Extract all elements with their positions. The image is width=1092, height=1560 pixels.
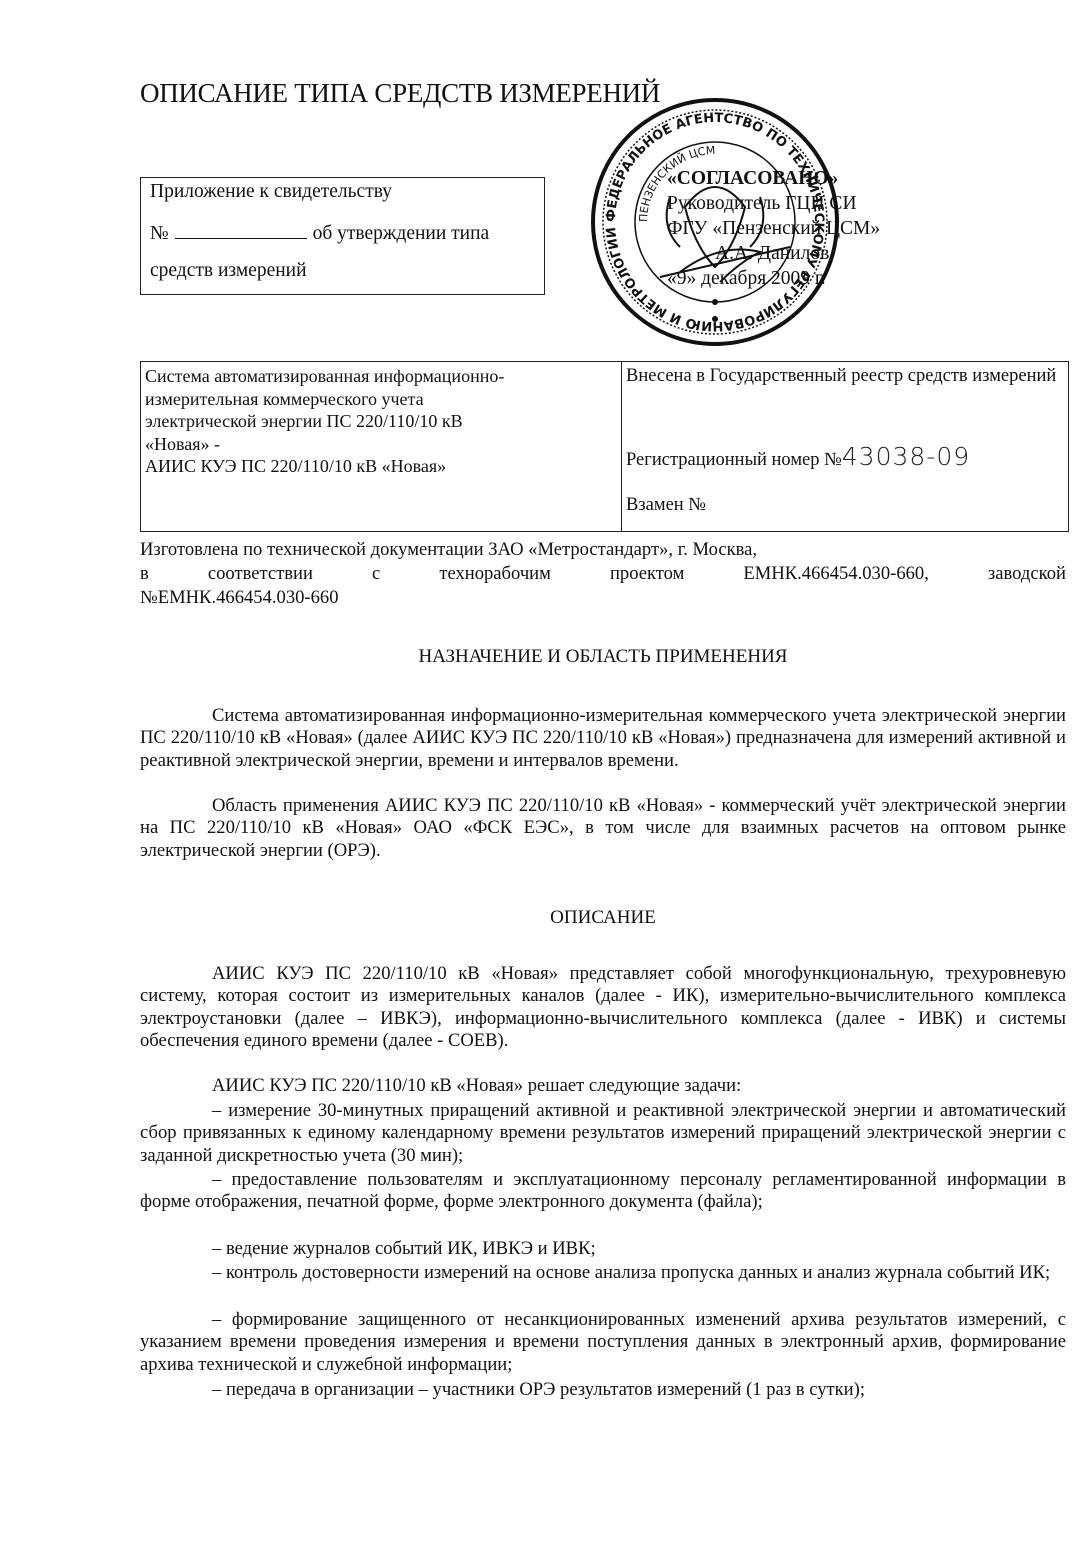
number-sign: № xyxy=(150,223,169,244)
manufacture-line-3: №ЕМНК.466454.030-660 xyxy=(140,587,1066,609)
approval-block: «СОГЛАСОВАНО» Руководитель ГЦИ СИ ФГУ «П… xyxy=(667,166,880,291)
system-name-cell: Система автоматизированная информационно… xyxy=(141,362,622,531)
approval-position: Руководитель ГЦИ СИ xyxy=(667,191,880,216)
approval-signatory: А.А. Данилов xyxy=(667,241,880,266)
approval-date: «9» декабря 2009 г. xyxy=(667,266,880,291)
registration-number-label: Регистрационный номер № xyxy=(626,450,842,470)
registry-statement: Внесена в Государственный реестр средств… xyxy=(626,365,1064,388)
appendix-line-1: Приложение к свидетельству xyxy=(150,181,392,203)
approval-organization: ФГУ «Пензенский ЦСМ» xyxy=(667,216,880,241)
registry-info-cell: Внесена в Государственный реестр средств… xyxy=(622,362,1068,537)
registry-table: Система автоматизированная информационно… xyxy=(140,361,1069,532)
system-name-line: электрической энергии ПС 220/110/10 кВ xyxy=(145,410,617,433)
purpose-paragraph-2: Область применения АИИС КУЭ ПС 220/110/1… xyxy=(140,795,1066,862)
system-name-line: Система автоматизированная информационно… xyxy=(145,365,617,388)
appendix-line-2: №об утверждении типа xyxy=(150,222,489,245)
description-paragraph-1: АИИС КУЭ ПС 220/110/10 кВ «Новая» предст… xyxy=(140,963,1066,1053)
registration-number: Регистрационный номер №43038-09 xyxy=(626,442,970,471)
system-name-line: измерительная коммерческого учета xyxy=(145,388,617,411)
replaces-label: Взамен № xyxy=(626,495,706,516)
approval-heading: «СОГЛАСОВАНО» xyxy=(667,166,880,191)
task-item: – передача в организации – участники ОРЭ… xyxy=(140,1379,1066,1401)
purpose-paragraph-1: Система автоматизированная информационно… xyxy=(140,705,1066,772)
manufacture-line-2: в соответствии с технорабочим проектом Е… xyxy=(140,563,1066,585)
manufacture-line-1: Изготовлена по технической документации … xyxy=(140,539,1066,561)
task-item: – предоставление пользователям и эксплуа… xyxy=(140,1169,1066,1214)
task-item: – измерение 30-минутных приращений актив… xyxy=(140,1100,1066,1167)
system-name-line: АИИС КУЭ ПС 220/110/10 кВ «Новая» xyxy=(145,455,617,478)
document-title: ОПИСАНИЕ ТИПА СРЕДСТВ ИЗМЕРЕНИЙ xyxy=(140,78,660,109)
task-item: – формирование защищенного от несанкцион… xyxy=(140,1309,1066,1376)
certificate-number-blank xyxy=(175,222,307,239)
description-heading: ОПИСАНИЕ xyxy=(140,907,1066,929)
task-item: – контроль достоверности измерений на ос… xyxy=(140,1262,1066,1284)
purpose-heading: НАЗНАЧЕНИЕ И ОБЛАСТЬ ПРИМЕНЕНИЯ xyxy=(140,646,1066,668)
appendix-line-3: средств измерений xyxy=(150,260,307,282)
tasks-intro: АИИС КУЭ ПС 220/110/10 кВ «Новая» решает… xyxy=(140,1075,1066,1097)
certificate-appendix-box: Приложение к свидетельству №об утвержден… xyxy=(140,177,545,295)
registration-number-value: 43038-09 xyxy=(842,442,970,471)
task-item: – ведение журналов событий ИК, ИВКЭ и ИВ… xyxy=(140,1238,1066,1260)
system-name-line: «Новая» - xyxy=(145,433,617,456)
appendix-line-2-suffix: об утверждении типа xyxy=(313,223,490,244)
